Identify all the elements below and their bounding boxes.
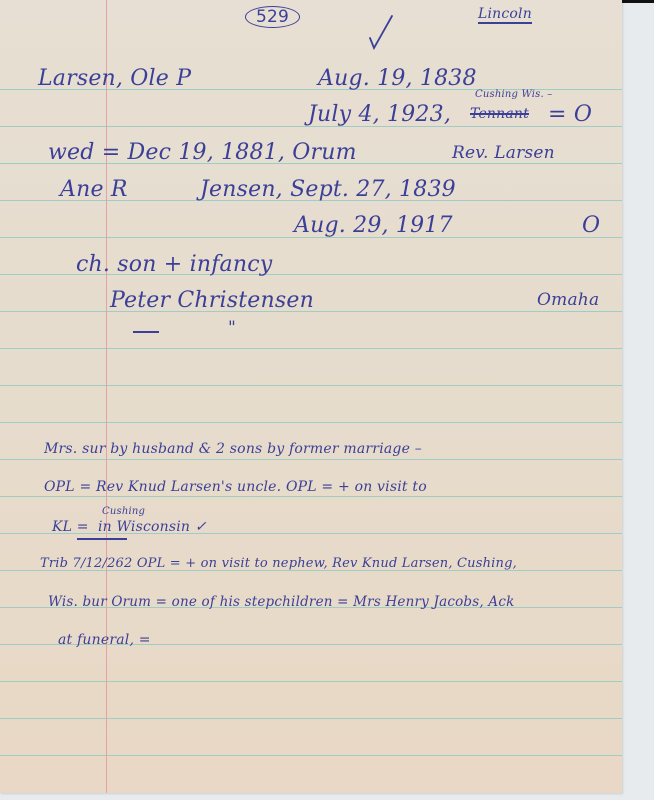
note-line-3: in Wisconsin ✓ bbox=[98, 519, 207, 535]
marriage-record: wed = Dec 19, 1881, Orum bbox=[48, 140, 357, 165]
record-number: 529 bbox=[245, 6, 300, 28]
ditto-mark: " bbox=[228, 318, 236, 338]
underline-mark bbox=[77, 538, 127, 540]
rule-line bbox=[0, 348, 622, 349]
child-name: Peter Christensen bbox=[110, 288, 314, 313]
rule-line bbox=[0, 385, 622, 386]
note-line-5: Wis. bur Orum = one of his stepchildren … bbox=[48, 594, 514, 610]
location-lincoln: Lincoln bbox=[478, 6, 532, 24]
note-line-2: OPL = Rev Knud Larsen's uncle. OPL = + o… bbox=[44, 479, 427, 495]
note-line-1: Mrs. sur by husband & 2 sons by former m… bbox=[44, 441, 422, 457]
scan-edge-band bbox=[622, 0, 654, 3]
death-place-inserted: Cushing Wis. – bbox=[475, 89, 552, 100]
rule-line bbox=[0, 718, 622, 719]
wife-death-mark: O bbox=[582, 213, 600, 238]
husband-death-date: July 4, 1923, bbox=[308, 102, 451, 127]
children-line: ch. son + infancy bbox=[76, 252, 272, 277]
note-line-3-inserted: Cushing bbox=[102, 506, 145, 517]
checkmark-icon bbox=[368, 14, 394, 50]
note-line-6: at funeral, = bbox=[58, 632, 151, 648]
husband-death-mark: = O bbox=[548, 102, 592, 127]
rule-line bbox=[0, 755, 622, 756]
dash-mark bbox=[133, 331, 159, 333]
note-line-4: Trib 7/12/262 OPL = + on visit to nephew… bbox=[40, 556, 517, 571]
margin-line bbox=[106, 0, 107, 793]
wife-death-date: Aug. 29, 1917 bbox=[294, 213, 453, 238]
rule-line bbox=[0, 681, 622, 682]
note-line-3-prefix: KL = bbox=[52, 519, 89, 535]
husband-birth-date: Aug. 19, 1838 bbox=[318, 66, 477, 91]
marriage-officiant: Rev. Larsen bbox=[452, 143, 555, 163]
rule-line bbox=[0, 496, 622, 497]
wife-name: Ane R bbox=[60, 177, 128, 202]
child-place: Omaha bbox=[537, 290, 599, 310]
ruled-paper-sheet: 529 Lincoln Larsen, Ole P Aug. 19, 1838 … bbox=[0, 0, 622, 793]
rule-line bbox=[0, 533, 622, 534]
rule-line bbox=[0, 459, 622, 460]
husband-name: Larsen, Ole P bbox=[38, 66, 191, 91]
rule-line bbox=[0, 422, 622, 423]
death-place-struck: Tennant bbox=[470, 106, 529, 122]
wife-maiden-birth: Jensen, Sept. 27, 1839 bbox=[200, 177, 456, 202]
